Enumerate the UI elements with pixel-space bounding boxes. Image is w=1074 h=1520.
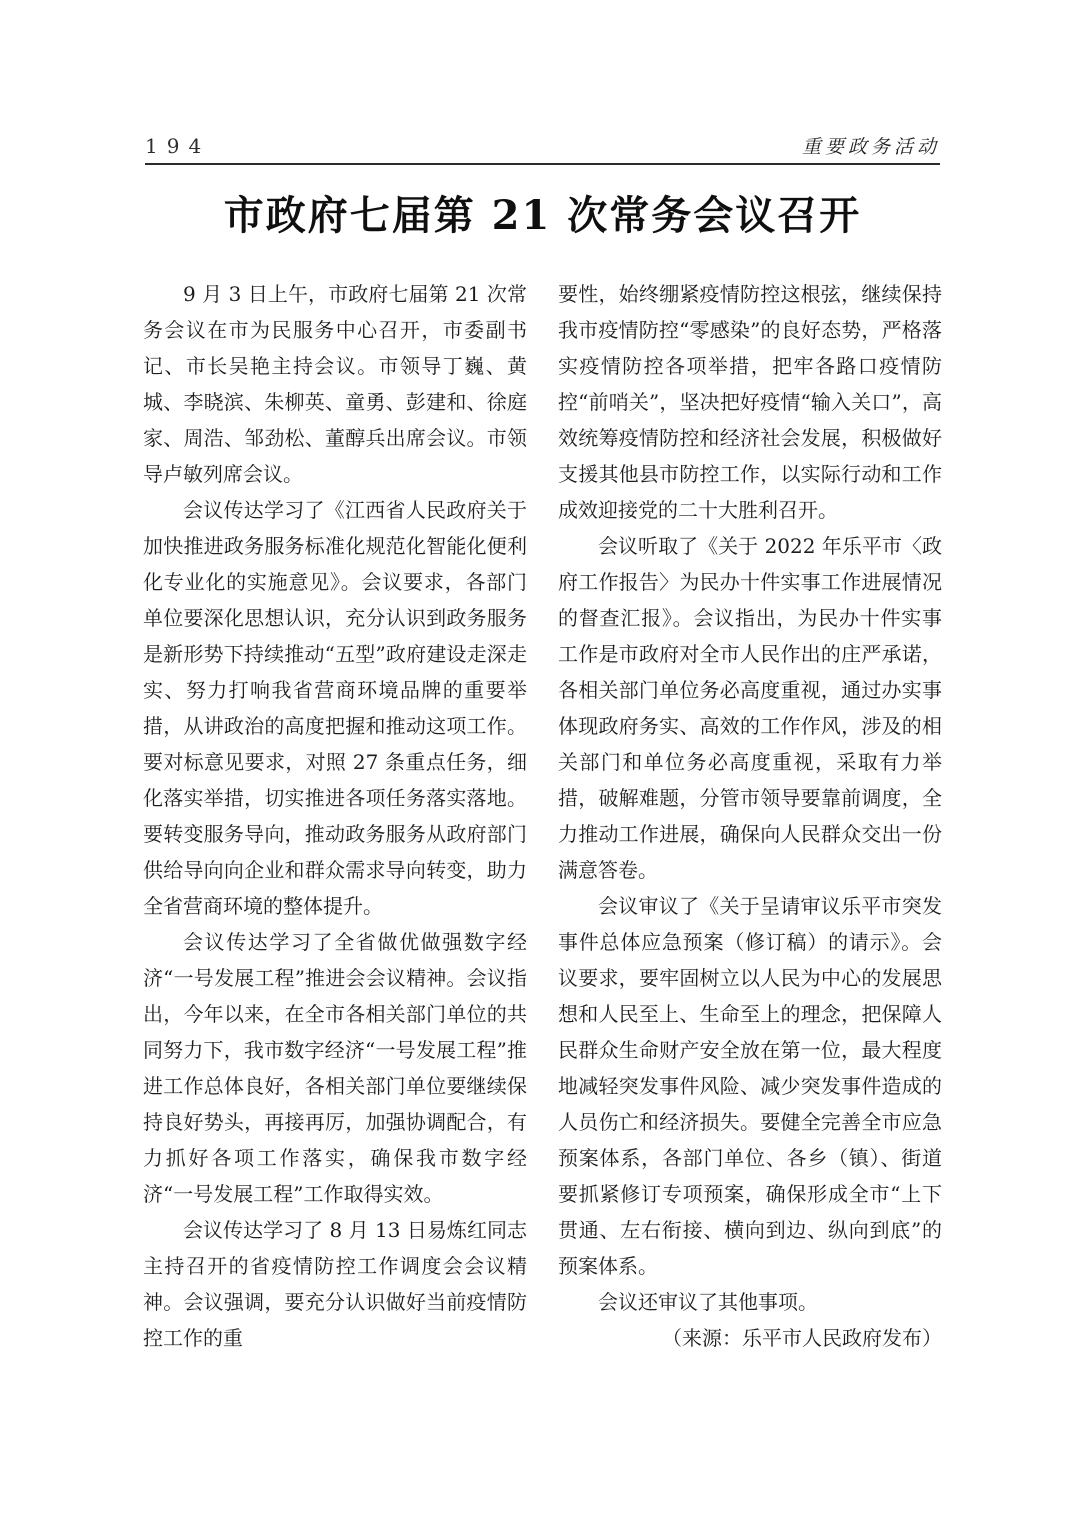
paragraph-government-services: 会议传达学习了《江西省人民政府关于加快推进政务服务标准化规范化智能化便利化专业化… [143,492,527,924]
header-rule [145,163,940,165]
document-page: 194 重要政务活动 市政府七届第 21 次常务会议召开 9 月 3 日上午，市… [0,0,1074,1520]
source-line: （来源：乐平市人民政府发布） [558,1320,942,1356]
paragraph-epidemic-continued: 要性，始终绷紧疫情防控这根弦，继续保持我市疫情防控“零感染”的良好态势，严格落实… [558,276,942,528]
article-body: 9 月 3 日上午，市政府七届第 21 次常务会议在市为民服务中心召开，市委副书… [143,276,942,1356]
section-label: 重要政务活动 [802,132,940,159]
page-header: 194 重要政务活动 [145,132,940,159]
paragraph-epidemic-start: 会议传达学习了 8 月 13 日易炼红同志主持召开的省疫情防控工作调度会会议精神… [143,1212,527,1356]
paragraph-emergency-plan: 会议审议了《关于呈请审议乐平市突发事件总体应急预案（修订稿）的请示》。会议要求，… [558,888,942,1284]
page-number: 194 [145,134,210,158]
paragraph-digital-economy: 会议传达学习了全省做优做强数字经济“一号发展工程”推进会会议精神。会议指出，今年… [143,924,527,1212]
paragraph-work-report: 会议听取了《关于 2022 年乐平市〈政府工作报告〉为民办十件实事工作进展情况的… [558,528,942,888]
article-title: 市政府七届第 21 次常务会议召开 [120,184,965,241]
paragraph-other-matters: 会议还审议了其他事项。 [558,1284,942,1320]
left-column: 9 月 3 日上午，市政府七届第 21 次常务会议在市为民服务中心召开，市委副书… [143,276,527,1356]
paragraph-attendees: 9 月 3 日上午，市政府七届第 21 次常务会议在市为民服务中心召开，市委副书… [143,276,527,492]
right-column: 要性，始终绷紧疫情防控这根弦，继续保持我市疫情防控“零感染”的良好态势，严格落实… [558,276,942,1356]
